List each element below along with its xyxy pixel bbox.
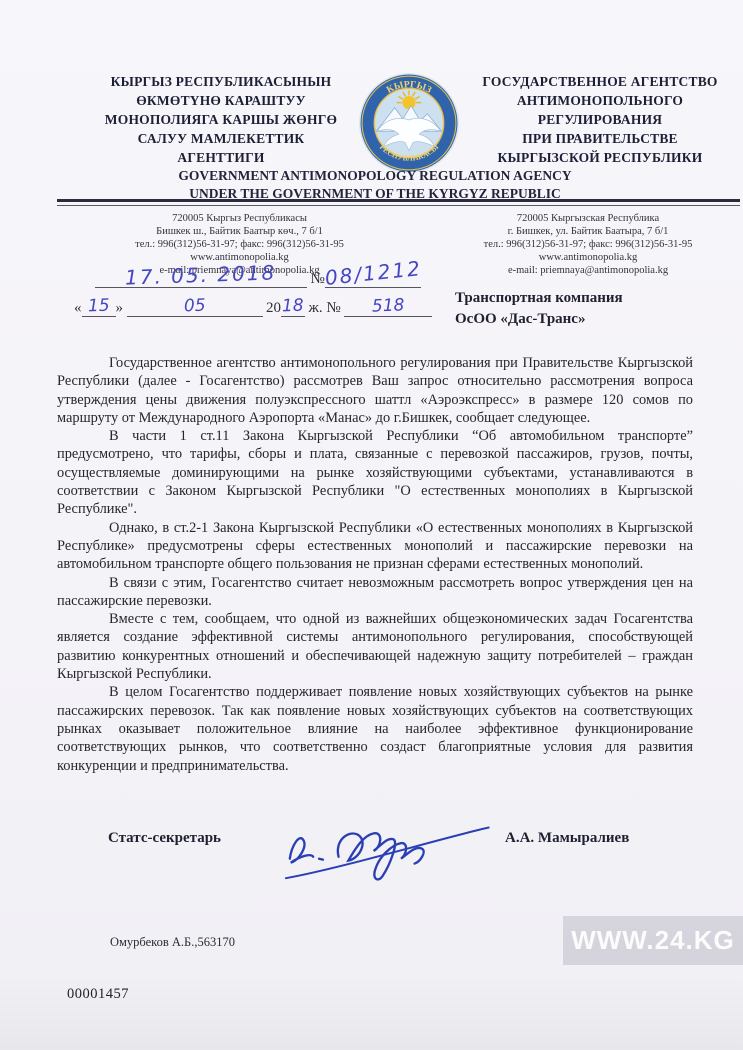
- org-name-kyrgyz-line: МОНОПОЛИЯГА КАРШЫ ЖӨНГӨ: [92, 110, 350, 129]
- year-field-underline: 18: [281, 296, 305, 317]
- scanned-letter-page: КЫРГЫЗ РЕСПУБЛИКАСЫНЫН ӨКМӨТҮНӨ КАРАШТУУ…: [0, 0, 743, 1050]
- body-paragraph: В целом Госагентство поддерживает появле…: [57, 683, 693, 774]
- incoming-number-underline: 518: [344, 296, 432, 317]
- org-name-russian: ГОСУДАРСТВЕННОЕ АГЕНТСТВО АНТИМОНОПОЛЬНО…: [464, 72, 736, 167]
- contact-block-russian: 720005 Кыргызская Республика г. Бишкек, …: [438, 212, 738, 277]
- contact-line: тел.: 996(312)56-31-97; факс: 996(312)56…: [92, 238, 387, 251]
- contact-line: 720005 Кыргыз Республикасы: [92, 212, 387, 225]
- handwritten-day: 15: [87, 296, 109, 317]
- handwritten-month: 05: [183, 296, 205, 317]
- body-paragraph: Однако, в ст.2-1 Закона Кыргызской Респу…: [57, 519, 693, 574]
- org-name-kyrgyz-line: САЛУУ МАМЛЕКЕТТИК: [92, 129, 350, 148]
- close-quote-label: »: [116, 300, 124, 316]
- header-divider-thin: [57, 205, 740, 206]
- contact-line: Бишкек ш., Байтик Баатыр көч., 7 б/1: [92, 225, 387, 238]
- month-field-underline: 05: [127, 296, 263, 317]
- recipient-company: Транспортная компания: [455, 288, 623, 309]
- recipient-name: ОсОО «Дас-Транс»: [455, 309, 623, 330]
- body-paragraph: В связи с этим, Госагентство считает нев…: [57, 574, 693, 611]
- org-name-kyrgyz-line: КЫРГЫЗ РЕСПУБЛИКАСЫНЫН: [92, 72, 350, 91]
- body-paragraph: В части 1 ст.11 Закона Кыргызской Респуб…: [57, 427, 693, 518]
- signer-title: Статс-секретарь: [108, 830, 221, 847]
- body-paragraph: Вместе с тем, сообщаем, что одной из важ…: [57, 610, 693, 683]
- body-paragraph: Государственное агентство антимонопольно…: [57, 354, 693, 427]
- reference-line-incoming: «15» 05 2018 ж. № 518: [74, 296, 432, 317]
- executor-note: Омурбеков А.Б.,563170: [110, 935, 235, 950]
- incoming-number-label: ж. №: [309, 300, 341, 316]
- org-name-kyrgyz: КЫРГЫЗ РЕСПУБЛИКАСЫНЫН ӨКМӨТҮНӨ КАРАШТУУ…: [92, 72, 350, 167]
- date-field-underline: 17. 05. 2018: [95, 263, 307, 288]
- org-name-kyrgyz-line: АГЕНТТИГИ: [92, 148, 350, 167]
- org-name-english: GOVERNMENT ANTIMONOPOLOGY REGULATION AGE…: [80, 167, 670, 203]
- contact-line: 720005 Кыргызская Республика: [438, 212, 738, 225]
- org-name-kyrgyz-line: ӨКМӨТҮНӨ КАРАШТУУ: [92, 91, 350, 110]
- signer-name: А.А. Мамыралиев: [505, 830, 629, 847]
- org-name-russian-line: РЕГУЛИРОВАНИЯ: [464, 110, 736, 129]
- open-quote-label: «: [74, 300, 82, 316]
- year-prefix-label: 20: [266, 300, 281, 316]
- recipient-block: Транспортная компания ОсОО «Дас-Транс»: [455, 288, 623, 330]
- watermark-badge: WWW.24.KG: [563, 916, 743, 965]
- handwritten-date: 17. 05. 2018: [125, 260, 277, 289]
- handwritten-incoming-number: 518: [372, 295, 405, 316]
- contact-email: e-mail: priemnaya@antimonopolia.kg: [438, 264, 738, 277]
- org-name-english-line1: GOVERNMENT ANTIMONOPOLOGY REGULATION AGE…: [80, 167, 670, 185]
- kyrgyz-republic-emblem-icon: КЫРГЫЗ РЕСПУБЛИКАСЫ: [358, 72, 460, 174]
- contact-line: г. Бишкек, ул. Байтик Баатыра, 7 б/1: [438, 225, 738, 238]
- day-field-underline: 15: [82, 296, 116, 317]
- watermark-text: WWW.24.KG: [571, 925, 735, 956]
- contact-website: www.antimonopolia.kg: [438, 251, 738, 264]
- number-field-underline: 08/1212: [325, 263, 421, 288]
- number-sign-label: №: [311, 271, 325, 287]
- letter-body: Государственное агентство антимонопольно…: [57, 354, 693, 775]
- document-serial-number: 00001457: [67, 986, 129, 1003]
- org-name-russian-line: АНТИМОНОПОЛЬНОГО: [464, 91, 736, 110]
- handwritten-signature: [262, 808, 497, 886]
- header-divider-thick: [57, 199, 740, 202]
- org-name-russian-line: КЫРГЫЗСКОЙ РЕСПУБЛИКИ: [464, 148, 736, 167]
- org-name-russian-line: ПРИ ПРАВИТЕЛЬСТВЕ: [464, 129, 736, 148]
- reference-line-outgoing: 17. 05. 2018 №08/1212: [95, 263, 421, 288]
- org-name-russian-line: ГОСУДАРСТВЕННОЕ АГЕНТСТВО: [464, 72, 736, 91]
- handwritten-year: 18: [282, 296, 304, 317]
- contact-line: тел.: 996(312)56-31-97; факс: 996(312)56…: [438, 238, 738, 251]
